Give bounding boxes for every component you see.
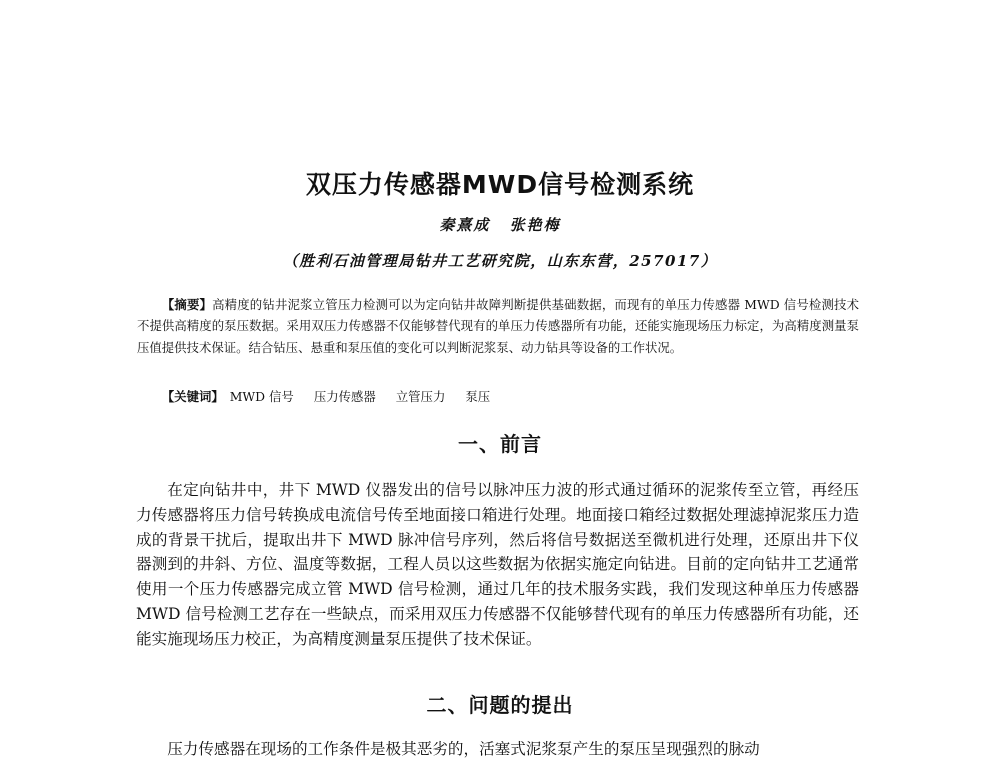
abstract-text: 高精度的钻井泥浆立管压力检测可以为定向钻井故障判断提供基础数据，而现有的单压力传… (137, 297, 859, 355)
paper-affiliation: （胜利石油管理局钻井工艺研究院，山东东营，257017） (0, 250, 1000, 272)
keyword: 压力传感器 (314, 389, 376, 404)
abstract-label: 【摘要】 (162, 297, 212, 312)
body-paragraph: 压力传感器在现场的工作条件是极其恶劣的，活塞式泥浆泵产生的泵压呈现强烈的脉动 (136, 737, 859, 760)
section-heading-problem-statement: 二、问题的提出 (0, 690, 1000, 720)
keywords: 【关键词】MWD 信号压力传感器立管压力泵压 (137, 386, 859, 407)
keyword: 泵压 (465, 389, 490, 404)
abstract: 【摘要】高精度的钻井泥浆立管压力检测可以为定向钻井故障判断提供基础数据，而现有的… (137, 294, 859, 358)
keyword: MWD 信号 (230, 389, 294, 404)
keyword: 立管压力 (396, 389, 446, 404)
body-paragraph: 在定向钻井中，井下 MWD 仪器发出的信号以脉冲压力波的形式通过循环的泥浆传至立… (136, 478, 859, 652)
paper-title: 双压力传感器MWD信号检测系统 (0, 168, 1000, 202)
paper-page: 双压力传感器MWD信号检测系统 秦熹成 张艳梅 （胜利石油管理局钻井工艺研究院，… (0, 0, 1000, 760)
section-heading-introduction: 一、前言 (0, 429, 1000, 459)
paper-authors: 秦熹成 张艳梅 (0, 214, 1000, 236)
keywords-label: 【关键词】 (162, 389, 224, 404)
